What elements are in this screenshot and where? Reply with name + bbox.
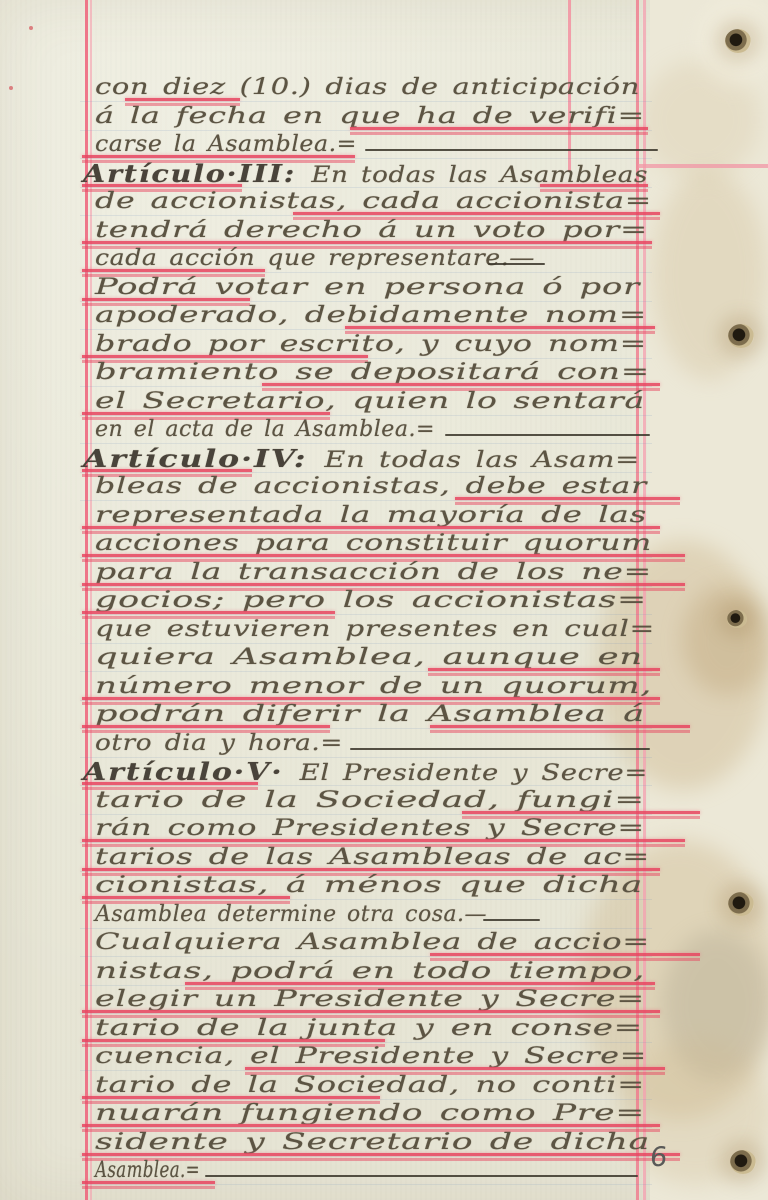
binder-hole: [728, 892, 754, 916]
page-number: 6: [648, 1142, 668, 1173]
binder-holes-layer: [0, 0, 768, 1200]
manuscript-page: con diez (10.) dias de anticipacióná la …: [0, 0, 768, 1200]
binder-hole: [727, 610, 747, 628]
binder-hole: [725, 29, 751, 53]
binder-hole: [728, 324, 754, 348]
binder-hole: [730, 1150, 756, 1174]
